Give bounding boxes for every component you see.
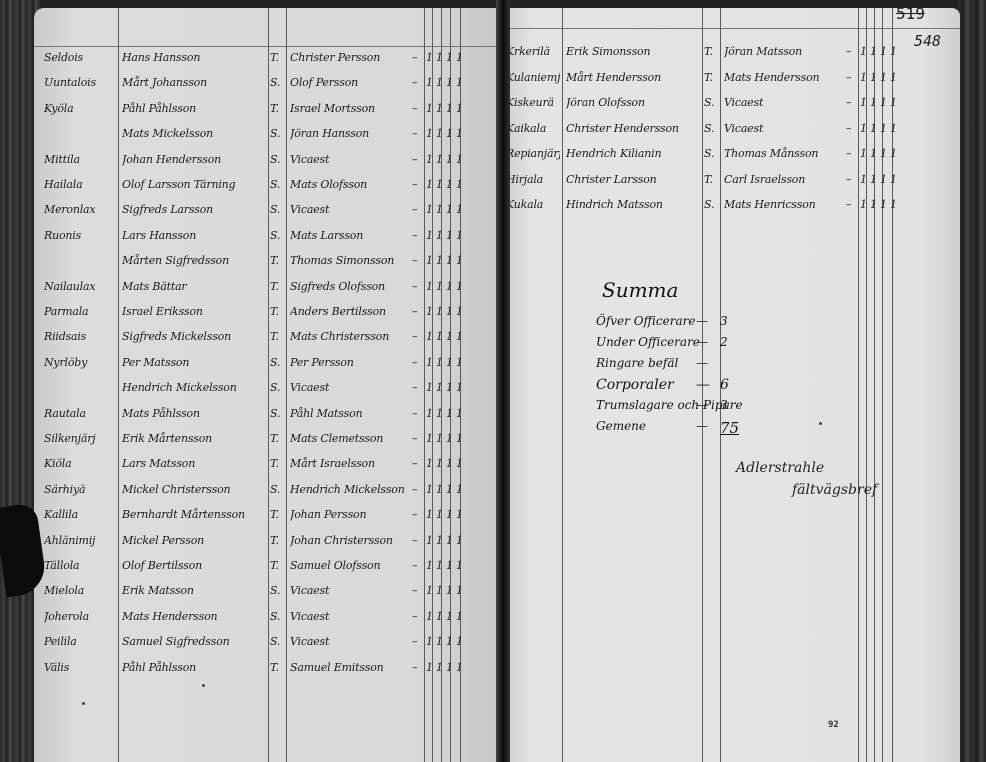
status-code: S. <box>704 147 722 160</box>
attendance-marks: 1111 <box>426 534 466 547</box>
soldier-name: Lars Matsson <box>122 457 266 470</box>
attendance-marks: 1111 <box>426 356 466 369</box>
farm-name: Hirjala <box>506 173 560 186</box>
leader-dash: – <box>412 508 418 521</box>
book-page-edges-right <box>958 0 986 762</box>
farm-name: Seldois <box>44 51 116 64</box>
attendance-marks: 1111 <box>426 254 466 267</box>
replacement-name: Johan Christersson <box>290 534 410 547</box>
replacement-name: Israel Mortsson <box>290 102 410 115</box>
replacement-name: Jöran Hansson <box>290 127 410 140</box>
roll-entry-row: MittilaJohan HenderssonS.Vicaest–1111 <box>34 150 504 172</box>
leader-dash: – <box>412 102 418 115</box>
leader-dash: – <box>412 51 418 64</box>
replacement-name: Samuel Olofsson <box>290 559 410 572</box>
leader-dash: – <box>412 635 418 648</box>
farm-name: Rautala <box>44 407 116 420</box>
soldier-name: Mats Bättar <box>122 280 266 293</box>
farm-name: Kiöla <box>44 457 116 470</box>
attendance-marks: 1111 <box>426 305 466 318</box>
replacement-name: Thomas Simonsson <box>290 254 410 267</box>
folio-number-struck: 519 <box>896 8 925 23</box>
roll-entry-row: RuonisLars HanssonS.Mats Larsson–1111 <box>34 226 504 248</box>
leader-dash: — <box>696 335 708 349</box>
summary-label: Corporaler <box>596 377 674 393</box>
soldier-name: Mårt Hendersson <box>566 71 700 84</box>
soldier-name: Jöran Olofsson <box>566 96 700 109</box>
summary-value: 2 <box>720 335 728 349</box>
replacement-name: Vicaest <box>724 122 842 135</box>
status-code: S. <box>270 127 288 140</box>
soldier-name: Mårten Sigfredsson <box>122 254 266 267</box>
replacement-name: Olof Persson <box>290 76 410 89</box>
status-code: T. <box>270 305 288 318</box>
status-code: T. <box>270 432 288 445</box>
roll-entry-row: VälisPåhl PåhlssonT.Samuel Emitsson–1111 <box>34 658 504 680</box>
leader-dash: – <box>412 584 418 597</box>
status-code: S. <box>270 381 288 394</box>
farm-name: Nyrlöby <box>44 356 116 369</box>
summary-value: 75 <box>720 419 739 437</box>
leader-dash: – <box>412 153 418 166</box>
replacement-name: Vicaest <box>290 610 410 623</box>
roll-entry-row: NyrlöbyPer MatssonS.Per Persson–1111 <box>34 353 504 375</box>
soldier-name: Hendrich Kilianin <box>566 147 700 160</box>
leader-dash: – <box>846 71 852 84</box>
roll-entry-row: JoherolaMats HenderssonS.Vicaest–1111 <box>34 607 504 629</box>
roll-entry-row: TällolaOlof BertilssonT.Samuel Olofsson–… <box>34 556 504 578</box>
soldier-name: Olof Bertilsson <box>122 559 266 572</box>
replacement-name: Vicaest <box>290 203 410 216</box>
attendance-marks: 1111 <box>860 71 900 84</box>
replacement-name: Mats Christersson <box>290 330 410 343</box>
leader-dash: — <box>696 377 710 393</box>
roll-entry-row: NailaulaxMats BättarT.Sigfreds Olofsson–… <box>34 277 504 299</box>
soldier-name: Christer Larsson <box>566 173 700 186</box>
status-code: S. <box>270 153 288 166</box>
farm-name: Parmala <box>44 305 116 318</box>
attendance-marks: 1111 <box>426 102 466 115</box>
leader-dash: – <box>412 76 418 89</box>
replacement-name: Mats Olofsson <box>290 178 410 191</box>
leader-dash: – <box>412 534 418 547</box>
status-code: S. <box>704 96 722 109</box>
farm-name: Silkenjärj <box>44 432 116 445</box>
leader-dash: – <box>846 122 852 135</box>
leader-dash: — <box>696 314 708 328</box>
soldier-name: Mats Påhlsson <box>122 407 266 420</box>
leader-dash: – <box>412 381 418 394</box>
replacement-name: Sigfreds Olofsson <box>290 280 410 293</box>
book-scan: SeldoisHans HanssonT.Christer Persson–11… <box>0 0 986 762</box>
status-code: S. <box>270 610 288 623</box>
attendance-marks: 1111 <box>860 147 900 160</box>
replacement-name: Mats Hendersson <box>724 71 842 84</box>
replacement-name: Mats Henricsson <box>724 198 842 211</box>
roll-entry-row: RautalaMats PåhlssonS.Påhl Matsson–1111 <box>34 404 504 426</box>
farm-name: Nailaulax <box>44 280 116 293</box>
paper-speck <box>819 422 822 425</box>
farm-name: Repianjärj <box>506 147 560 160</box>
soldier-name: Mårt Johansson <box>122 76 266 89</box>
paper-speck <box>202 684 205 687</box>
status-code: T. <box>270 457 288 470</box>
attendance-marks: 1111 <box>860 122 900 135</box>
roll-entry-row: HirjalaChrister LarssonT.Carl Israelsson… <box>504 170 960 192</box>
farm-name: Kaikala <box>506 122 560 135</box>
leader-dash: – <box>412 457 418 470</box>
replacement-name: Vicaest <box>290 153 410 166</box>
farm-name: Uuntalois <box>44 76 116 89</box>
leader-dash: – <box>412 483 418 496</box>
leader-dash: – <box>846 173 852 186</box>
status-code: S. <box>270 76 288 89</box>
summary-value: 3 <box>720 398 728 412</box>
status-code: S. <box>270 203 288 216</box>
status-code: T. <box>270 559 288 572</box>
roll-entry-row: KiölaLars MatssonT.Mårt Israelsson–1111 <box>34 454 504 476</box>
soldier-name: Sigfreds Mickelsson <box>122 330 266 343</box>
summary-value: 6 <box>720 377 729 393</box>
leader-dash: – <box>846 198 852 211</box>
soldier-name: Erik Matsson <box>122 584 266 597</box>
farm-name: Kukala <box>506 198 560 211</box>
attendance-marks: 1111 <box>426 153 466 166</box>
replacement-name: Mats Larsson <box>290 229 410 242</box>
replacement-name: Samuel Emitsson <box>290 661 410 674</box>
attendance-marks: 1111 <box>426 407 466 420</box>
leader-dash: — <box>696 356 708 370</box>
replacement-name: Christer Persson <box>290 51 410 64</box>
paper-speck <box>82 702 85 705</box>
status-code: T. <box>270 330 288 343</box>
roll-entry-row: RiidsaisSigfreds MickelssonT.Mats Christ… <box>34 327 504 349</box>
status-code: T. <box>704 173 722 186</box>
farm-name: Välis <box>44 661 116 674</box>
roll-entry-row: SilkenjärjErik MårtenssonT.Mats Clemetss… <box>34 429 504 451</box>
attendance-marks: 1111 <box>426 483 466 496</box>
replacement-name: Carl Israelsson <box>724 173 842 186</box>
replacement-name: Mats Clemetsson <box>290 432 410 445</box>
roll-entry-row: Hendrich MickelssonS.Vicaest–1111 <box>34 378 504 400</box>
farm-name: Ruonis <box>44 229 116 242</box>
status-code: S. <box>270 635 288 648</box>
soldier-name: Christer Hendersson <box>566 122 700 135</box>
header-rule <box>34 46 504 47</box>
leader-dash: – <box>412 610 418 623</box>
leader-dash: – <box>412 661 418 674</box>
replacement-name: Mårt Israelsson <box>290 457 410 470</box>
roll-entry-row: UuntaloisMårt JohanssonS.Olof Persson–11… <box>34 73 504 95</box>
summary-value: 3 <box>720 314 728 328</box>
leader-dash: – <box>412 229 418 242</box>
soldier-name: Mats Mickelsson <box>122 127 266 140</box>
leader-dash: – <box>412 356 418 369</box>
attendance-marks: 1111 <box>860 96 900 109</box>
replacement-name: Anders Bertilsson <box>290 305 410 318</box>
attendance-marks: 1111 <box>426 661 466 674</box>
roll-entry-row: KyölaPåhl PåhlssonT.Israel Mortsson–1111 <box>34 99 504 121</box>
attendance-marks: 1111 <box>426 635 466 648</box>
roll-entry-row: KiskeuräJöran OlofssonS.Vicaest–1111 <box>504 93 960 115</box>
roll-entry-row: ParmalaIsrael ErikssonT.Anders Bertilsso… <box>34 302 504 324</box>
attendance-marks: 1111 <box>426 178 466 191</box>
farm-name: Joherola <box>44 610 116 623</box>
soldier-name: Olof Larsson Tärning <box>122 178 266 191</box>
status-code: S. <box>270 178 288 191</box>
farm-name: Meronlax <box>44 203 116 216</box>
signature-line-2: fältvägsbref <box>792 482 877 498</box>
replacement-name: Johan Persson <box>290 508 410 521</box>
leader-dash: – <box>846 96 852 109</box>
roll-entry-row: MielolaErik MatssonS.Vicaest–1111 <box>34 581 504 603</box>
soldier-name: Hendrich Mickelsson <box>122 381 266 394</box>
roll-entry-row: RepianjärjHendrich KilianinS.Thomas Måns… <box>504 144 960 166</box>
leader-dash: — <box>696 419 708 433</box>
attendance-marks: 1111 <box>426 203 466 216</box>
attendance-marks: 1111 <box>860 198 900 211</box>
farm-name: Tällola <box>44 559 116 572</box>
status-code: S. <box>270 407 288 420</box>
farm-name: Mielola <box>44 584 116 597</box>
soldier-name: Påhl Påhlsson <box>122 661 266 674</box>
roll-entry-row: AhlänimijMickel PerssonT.Johan Christers… <box>34 531 504 553</box>
attendance-marks: 1111 <box>426 330 466 343</box>
farm-name: Kyöla <box>44 102 116 115</box>
attendance-marks: 1111 <box>426 76 466 89</box>
attendance-marks: 1111 <box>426 127 466 140</box>
stamped-page-number: 92 <box>828 720 839 730</box>
leader-dash: — <box>696 398 708 412</box>
farm-name: Kiskeurä <box>506 96 560 109</box>
attendance-marks: 1111 <box>426 559 466 572</box>
attendance-marks: 1111 <box>426 229 466 242</box>
book-gutter <box>496 0 510 762</box>
farm-name: Kulaniemj <box>506 71 560 84</box>
soldier-name: Mickel Persson <box>122 534 266 547</box>
summary-label: Gemene <box>596 419 646 433</box>
left-page: SeldoisHans HanssonT.Christer Persson–11… <box>34 8 504 762</box>
roll-entry-row: Mats MickelssonS.Jöran Hansson–1111 <box>34 124 504 146</box>
summary-label: Ringare befäl <box>596 356 678 370</box>
status-code: T. <box>270 534 288 547</box>
roll-entry-row: KukalaHindrich MatssonS.Mats Henricsson–… <box>504 195 960 217</box>
roll-entry-row: MeronlaxSigfreds LarssonS.Vicaest–1111 <box>34 200 504 222</box>
status-code: T. <box>270 254 288 267</box>
soldier-name: Israel Eriksson <box>122 305 266 318</box>
replacement-name: Thomas Månsson <box>724 147 842 160</box>
summary-label: Öfver Officerare <box>596 314 695 328</box>
leader-dash: – <box>412 178 418 191</box>
right-page: 519 548 KrkeriläErik SimonssonT.Jöran Ma… <box>504 8 960 762</box>
attendance-marks: 1111 <box>426 381 466 394</box>
soldier-name: Johan Hendersson <box>122 153 266 166</box>
soldier-name: Påhl Påhlsson <box>122 102 266 115</box>
replacement-name: Jöran Matsson <box>724 45 842 58</box>
replacement-name: Vicaest <box>290 381 410 394</box>
farm-name: Kallila <box>44 508 116 521</box>
status-code: T. <box>270 51 288 64</box>
farm-name: Hailala <box>44 178 116 191</box>
leader-dash: – <box>412 203 418 216</box>
roll-entry-row: KulaniemjMårt HenderssonT.Mats Hendersso… <box>504 68 960 90</box>
attendance-marks: 1111 <box>426 51 466 64</box>
roll-entry-row: SeldoisHans HanssonT.Christer Persson–11… <box>34 48 504 70</box>
roll-entry-row: SärhiyäMickel ChristerssonS.Hendrich Mic… <box>34 480 504 502</box>
leader-dash: – <box>412 254 418 267</box>
soldier-name: Per Matsson <box>122 356 266 369</box>
attendance-marks: 1111 <box>426 457 466 470</box>
roll-entry-row: Mårten SigfredssonT.Thomas Simonsson–111… <box>34 251 504 273</box>
status-code: S. <box>270 356 288 369</box>
attendance-marks: 1111 <box>426 610 466 623</box>
roll-entry-row: KaikalaChrister HenderssonS.Vicaest–1111 <box>504 119 960 141</box>
status-code: T. <box>704 45 722 58</box>
status-code: T. <box>270 280 288 293</box>
leader-dash: – <box>846 45 852 58</box>
status-code: T. <box>270 102 288 115</box>
soldier-name: Bernhardt Mårtensson <box>122 508 266 521</box>
attendance-marks: 1111 <box>426 432 466 445</box>
leader-dash: – <box>412 127 418 140</box>
status-code: S. <box>270 229 288 242</box>
soldier-name: Samuel Sigfredsson <box>122 635 266 648</box>
leader-dash: – <box>412 305 418 318</box>
farm-name: Riidsais <box>44 330 116 343</box>
replacement-name: Vicaest <box>724 96 842 109</box>
soldier-name: Lars Hansson <box>122 229 266 242</box>
soldier-name: Hans Hansson <box>122 51 266 64</box>
replacement-name: Vicaest <box>290 584 410 597</box>
status-code: T. <box>704 71 722 84</box>
farm-name: Krkerilä <box>506 45 560 58</box>
replacement-name: Vicaest <box>290 635 410 648</box>
attendance-marks: 1111 <box>426 280 466 293</box>
farm-name: Särhiyä <box>44 483 116 496</box>
leader-dash: – <box>412 559 418 572</box>
roll-entry-row: KrkeriläErik SimonssonT.Jöran Matsson–11… <box>504 42 960 64</box>
attendance-marks: 1111 <box>426 584 466 597</box>
summary-label: Under Officerare <box>596 335 700 349</box>
farm-name: Mittila <box>44 153 116 166</box>
attendance-marks: 1111 <box>426 508 466 521</box>
soldier-name: Mickel Christersson <box>122 483 266 496</box>
attendance-marks: 1111 <box>860 173 900 186</box>
farm-name: Ahlänimij <box>44 534 116 547</box>
status-code: S. <box>704 198 722 211</box>
roll-entry-row: PeililaSamuel SigfredssonS.Vicaest–1111 <box>34 632 504 654</box>
status-code: T. <box>270 508 288 521</box>
status-code: S. <box>270 584 288 597</box>
leader-dash: – <box>412 280 418 293</box>
leader-dash: – <box>412 432 418 445</box>
status-code: T. <box>270 661 288 674</box>
status-code: S. <box>704 122 722 135</box>
leader-dash: – <box>846 147 852 160</box>
soldier-name: Hindrich Matsson <box>566 198 700 211</box>
status-code: S. <box>270 483 288 496</box>
farm-name: Peilila <box>44 635 116 648</box>
replacement-name: Påhl Matsson <box>290 407 410 420</box>
soldier-name: Mats Hendersson <box>122 610 266 623</box>
soldier-name: Sigfreds Larsson <box>122 203 266 216</box>
roll-entry-row: HailalaOlof Larsson TärningS.Mats Olofss… <box>34 175 504 197</box>
replacement-name: Hendrich Mickelsson <box>290 483 410 496</box>
leader-dash: – <box>412 330 418 343</box>
replacement-name: Per Persson <box>290 356 410 369</box>
summary-title: Summa <box>602 278 678 302</box>
attendance-marks: 1111 <box>860 45 900 58</box>
soldier-name: Erik Mårtensson <box>122 432 266 445</box>
roll-entry-row: KallilaBernhardt MårtenssonT.Johan Perss… <box>34 505 504 527</box>
soldier-name: Erik Simonsson <box>566 45 700 58</box>
leader-dash: – <box>412 407 418 420</box>
signature-line-1: Adlerstrahle <box>736 460 824 476</box>
